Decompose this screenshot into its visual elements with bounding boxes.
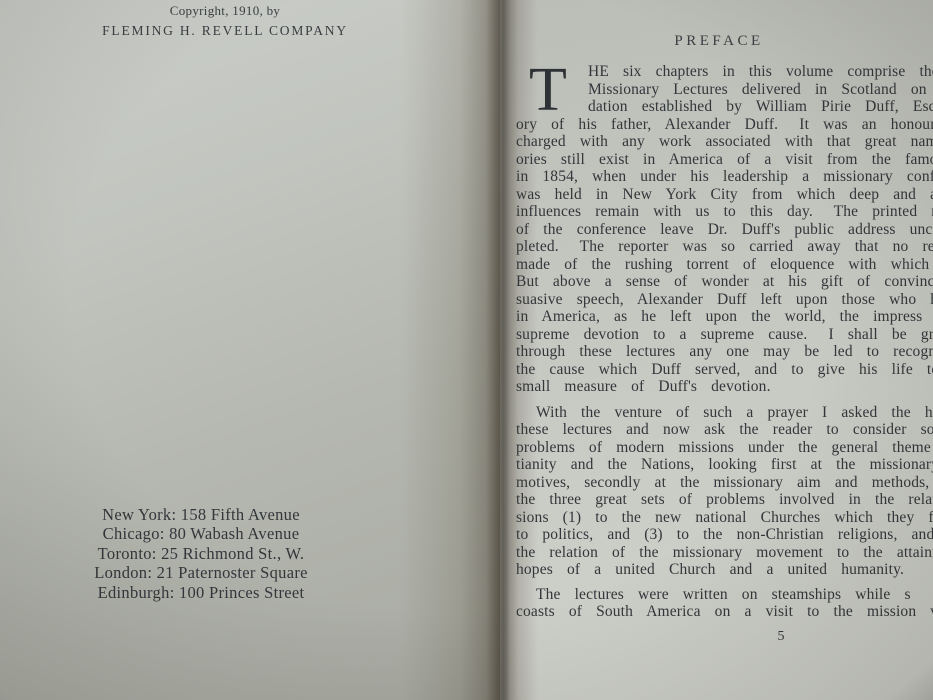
text-line: suasive speech, Alexander Duff left upon… <box>516 291 933 309</box>
address-line: London: 21 Paternoster Square <box>66 563 336 582</box>
text-line: Missionary Lectures delivered in Scotlan… <box>516 81 933 99</box>
left-page: Copyright, 1910, by FLEMING H. REVELL CO… <box>0 0 500 700</box>
text-line: the cause which Duff served, and to give… <box>516 361 933 379</box>
page-number: 5 <box>771 629 791 645</box>
preface-heading: PREFACE <box>508 33 930 50</box>
text-line: But above a sense of wonder at his gift … <box>516 273 933 291</box>
text-line: in 1854, when under his leadership a mis… <box>516 168 933 186</box>
address-line: Chicago: 80 Wabash Avenue <box>66 524 336 543</box>
text-line: hopes of a united Church and a united hu… <box>516 561 933 579</box>
text-line: pleted. The reporter was so carried away… <box>516 238 933 256</box>
text-line: ories still exist in America of a visit … <box>516 151 933 169</box>
text-line: problems of modern missions under the ge… <box>516 439 933 457</box>
paragraph-1: HE six chapters in this volume comprise … <box>516 63 933 396</box>
text-line: dation established by William Pirie Duff… <box>516 98 933 116</box>
publisher-addresses: New York: 158 Fifth AvenueChicago: 80 Wa… <box>66 505 336 602</box>
text-line: small measure of Duff's devotion. <box>516 378 933 396</box>
text-line: The lectures were written on steamships … <box>516 586 933 604</box>
copyright-line: Copyright, 1910, by <box>95 3 355 19</box>
preface-body: HE six chapters in this volume comprise … <box>516 63 933 621</box>
text-line: made of the rushing torrent of eloquence… <box>516 256 933 274</box>
text-line: influences remain with us to this day. T… <box>516 203 933 221</box>
text-line: the three great sets of problems involve… <box>516 491 933 509</box>
text-line: coasts of South America on a visit to th… <box>516 603 933 621</box>
text-line: ory of his father, Alexander Duff. It wa… <box>516 116 933 134</box>
text-line: supreme devotion to a supreme cause. I s… <box>516 326 933 344</box>
text-line: charged with any work associated with th… <box>516 133 933 151</box>
text-line: through these lectures any one may be le… <box>516 343 933 361</box>
text-line: was held in New York City from which dee… <box>516 186 933 204</box>
address-line: Edinburgh: 100 Princes Street <box>66 583 336 602</box>
address-line: New York: 158 Fifth Avenue <box>66 505 336 524</box>
publisher-name: FLEMING H. REVELL COMPANY <box>95 23 355 39</box>
text-line: of the conference leave Dr. Duff's publi… <box>516 221 933 239</box>
text-line: in America, as he left upon the world, t… <box>516 308 933 326</box>
text-line: to politics, and (3) to the non-Christia… <box>516 526 933 544</box>
paragraph-3: The lectures were written on steamships … <box>516 586 933 621</box>
address-line: Toronto: 25 Richmond St., W. <box>66 544 336 563</box>
text-line: With the venture of such a prayer I aske… <box>516 404 933 422</box>
text-line: the relation of the missionary movement … <box>516 544 933 562</box>
text-line: sions (1) to the new national Churches w… <box>516 509 933 527</box>
right-page: PREFACE T HE six chapters in this volume… <box>508 0 933 700</box>
paragraph-2: With the venture of such a prayer I aske… <box>516 404 933 579</box>
book-photo: Copyright, 1910, by FLEMING H. REVELL CO… <box>0 0 933 700</box>
text-line: motives, secondly at the missionary aim … <box>516 474 933 492</box>
copyright-block: Copyright, 1910, by FLEMING H. REVELL CO… <box>95 3 355 39</box>
text-line: HE six chapters in this volume comprise … <box>516 63 933 81</box>
text-line: these lectures and now ask the reader to… <box>516 421 933 439</box>
text-line: tianity and the Nations, looking first a… <box>516 456 933 474</box>
